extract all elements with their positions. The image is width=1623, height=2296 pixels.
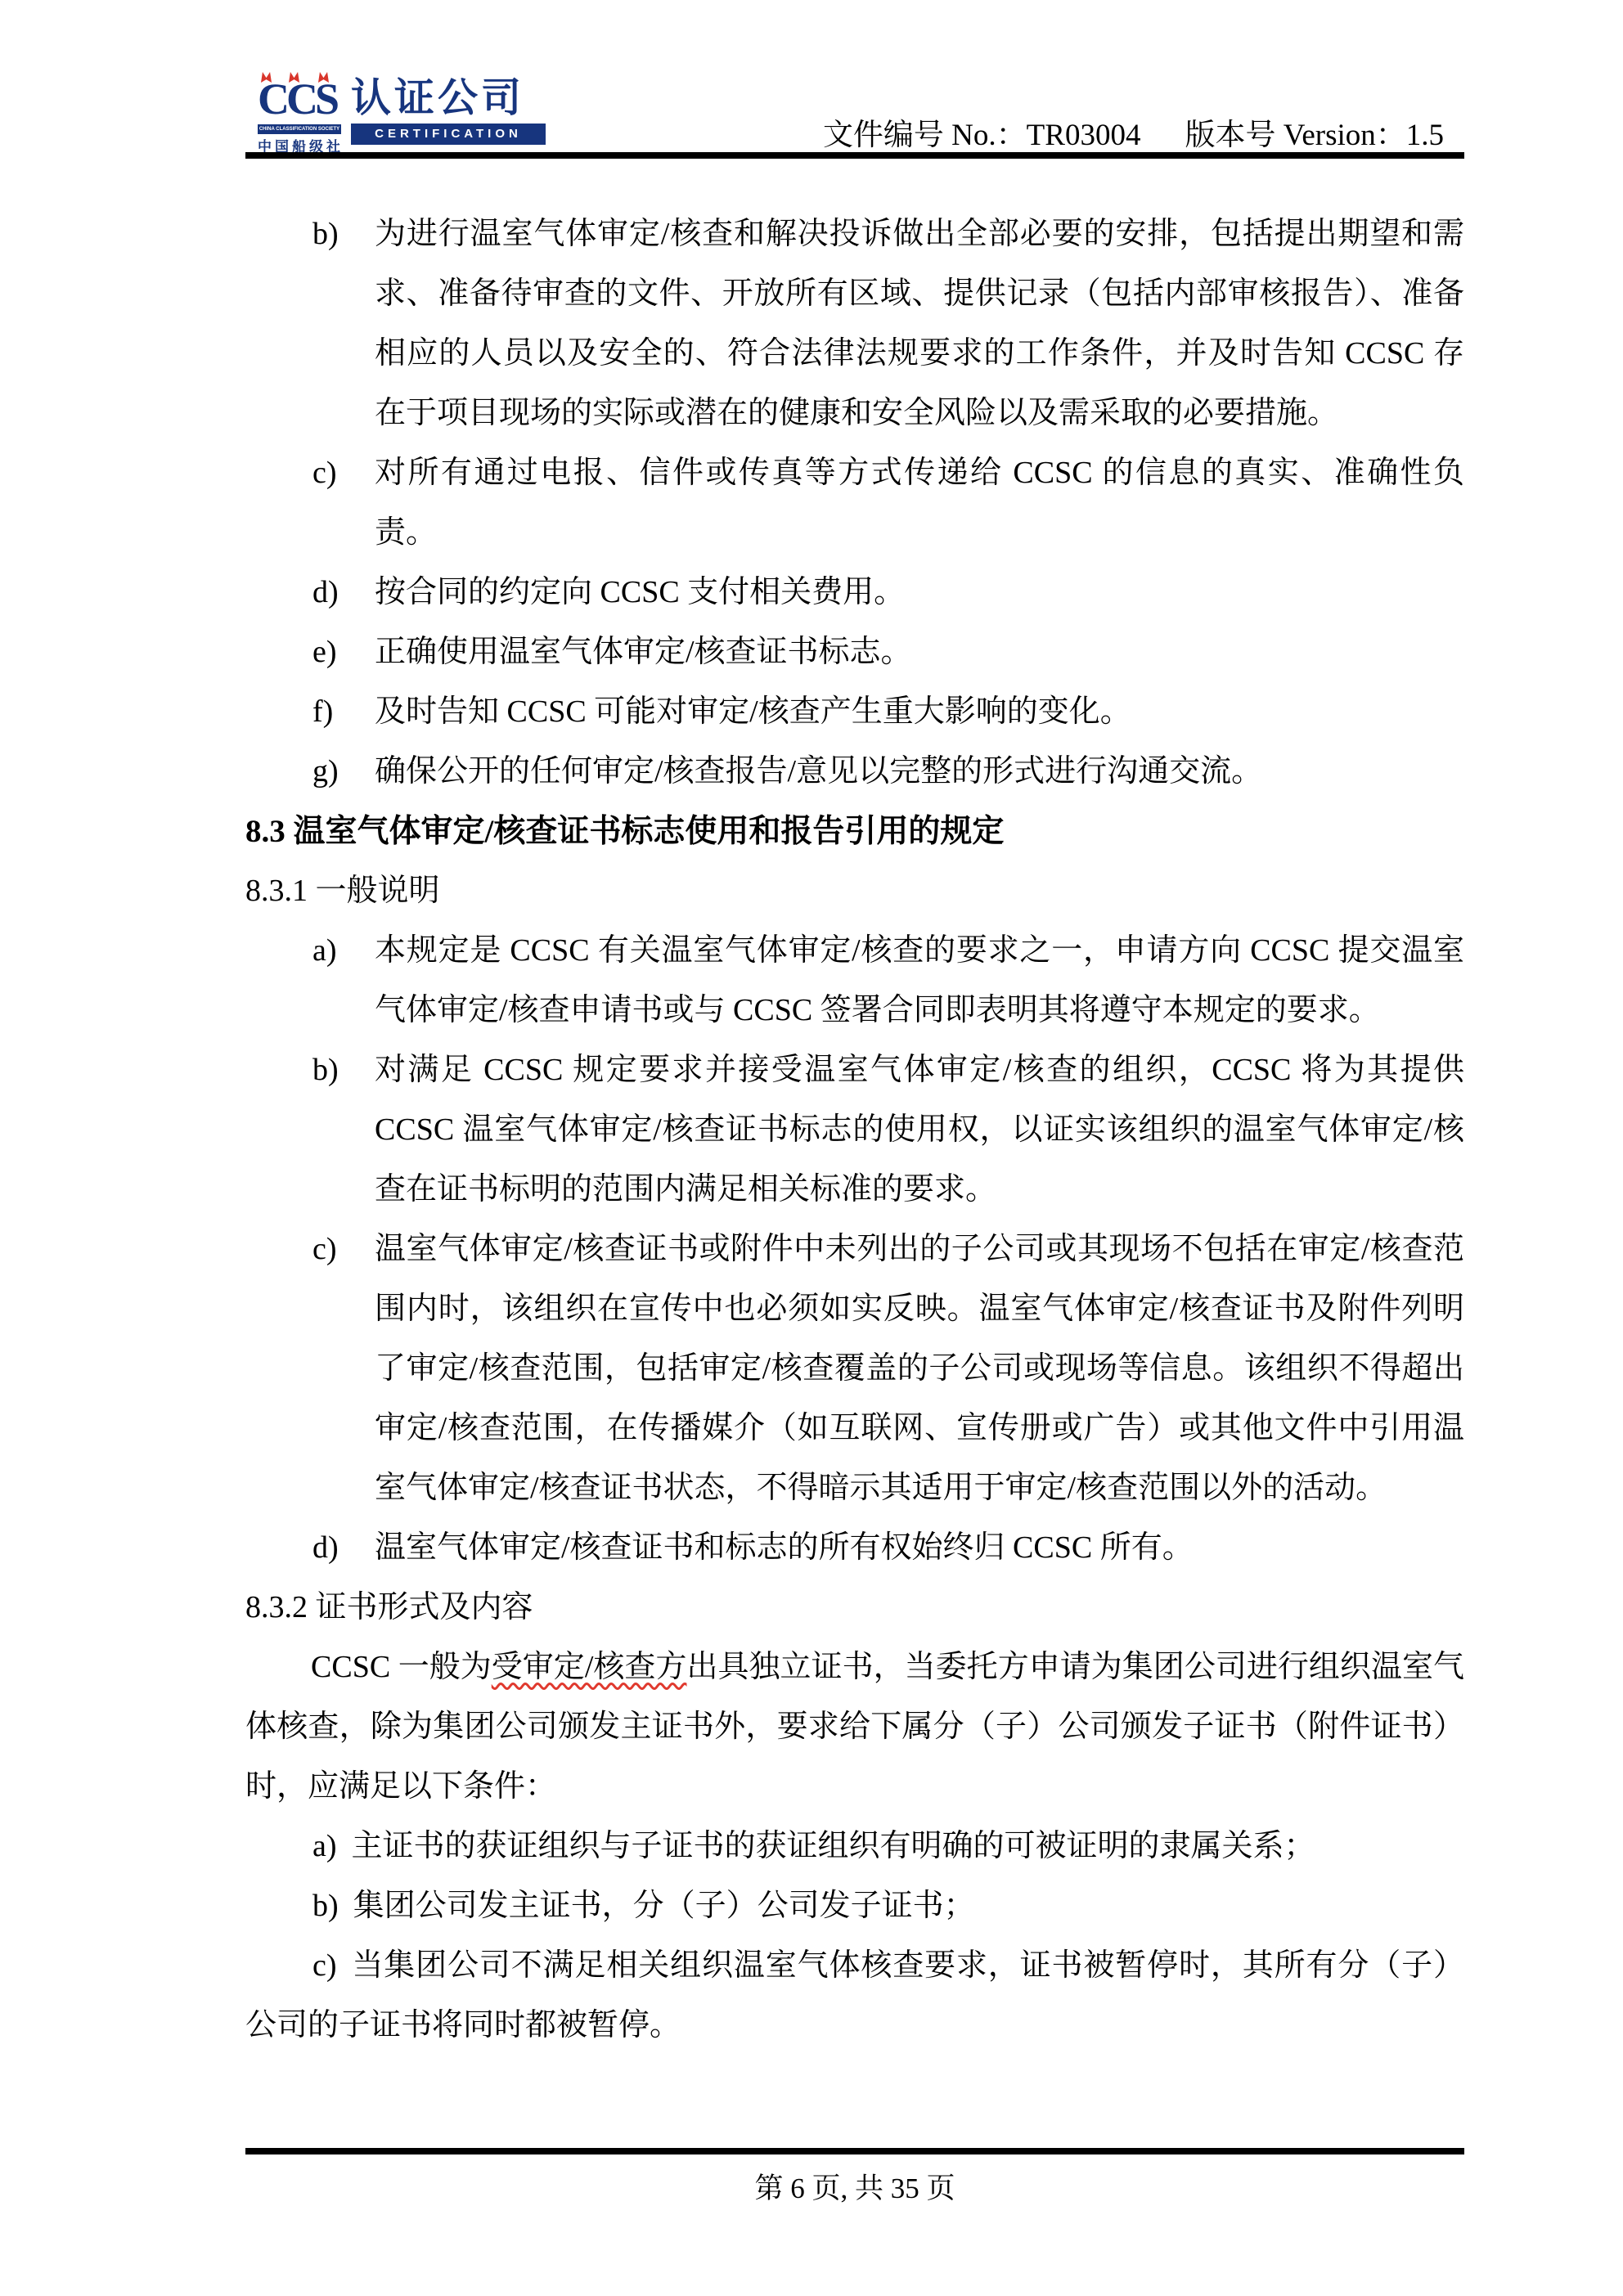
paragraph-text: CCSC 一般为 — [311, 1650, 492, 1684]
list-item-label: a) — [312, 921, 337, 981]
list-item-text: 确保公开的任何审定/核查报告/意见以完整的形式进行沟通交流。 — [375, 754, 1262, 789]
list-item-text: 温室气体审定/核查证书和标志的所有权始终归 CCSC 所有。 — [375, 1530, 1194, 1565]
list-item: c)当集团公司不满足相关组织温室气体核查要求，证书被暂停时，其所有分（子）公司的… — [245, 1936, 1464, 2056]
list-item-text: 本规定是 CCSC 有关温室气体审定/核查的要求之一，申请方向 CCSC 提交温… — [375, 933, 1464, 1027]
section-heading-8-3: 8.3 温室气体审定/核查证书标志使用和报告引用的规定 — [245, 802, 1464, 861]
doc-no-value: TR03004 — [1027, 119, 1141, 152]
list-item-text: 为进行温室气体审定/核查和解决投诉做出全部必要的安排，包括提出期望和需求、准备待… — [375, 217, 1464, 430]
footer-divider — [245, 2148, 1464, 2154]
list-item: e) 正确使用温室气体审定/核查证书标志。 — [245, 622, 1464, 682]
list-item: g) 确保公开的任何审定/核查报告/意见以完整的形式进行沟通交流。 — [245, 742, 1464, 802]
list-item-text: 当集团公司不满足相关组织温室气体核查要求，证书被暂停时，其所有分（子）公司的子证… — [245, 1948, 1464, 2042]
doc-no-label: 文件编号 No.： — [823, 119, 1027, 152]
page-number: 第 6 页, 共 35 页 — [245, 2166, 1464, 2207]
list-item-label: c) — [312, 443, 337, 503]
ccs-logo-text: CCS — [258, 75, 341, 123]
document-page: CCS CHINA CLASSIFICATION SOCIETY 中国船级社 认… — [0, 0, 1623, 2296]
list-item-text: 主证书的获证组织与子证书的获证组织有明确的可被证明的隶属关系； — [352, 1829, 1315, 1863]
list-item-label: c) — [312, 1948, 337, 1983]
list-item: a)主证书的获证组织与子证书的获证组织有明确的可被证明的隶属关系； — [245, 1817, 1464, 1876]
list-item-label: f) — [312, 682, 333, 742]
list-item: d) 按合同的约定向 CCSC 支付相关费用。 — [245, 563, 1464, 622]
list-item: d) 温室气体审定/核查证书和标志的所有权始终归 CCSC 所有。 — [245, 1518, 1464, 1578]
list-item-label: b) — [312, 204, 339, 264]
version-value: 1.5 — [1406, 119, 1444, 152]
list-item-text: 对满足 CCSC 规定要求并接受温室气体审定/核查的组织，CCSC 将为其提供 … — [375, 1053, 1464, 1206]
certification-en-bar: CERTIFICATION — [351, 124, 546, 145]
list-item-text: 集团公司发主证书，分（子）公司发子证书； — [353, 1889, 975, 1923]
list-item-text: 正确使用温室气体审定/核查证书标志。 — [375, 635, 912, 669]
list-item: c) 对所有通过电报、信件或传真等方式传递给 CCSC 的信息的真实、准确性负责… — [245, 443, 1464, 563]
paragraph-8-3-2-intro: CCSC 一般为受审定/核查方出具独立证书，当委托方申请为集团公司进行组织温室气… — [245, 1638, 1464, 1817]
header-divider — [245, 152, 1464, 159]
list-item-label: b) — [312, 1889, 339, 1923]
list-item-text: 温室气体审定/核查证书或附件中未列出的子公司或其现场不包括在审定/核查范围内时，… — [375, 1232, 1464, 1505]
list-item: a) 本规定是 CCSC 有关温室气体审定/核查的要求之一，申请方向 CCSC … — [245, 921, 1464, 1040]
section-heading-8-3-2: 8.3.2 证书形式及内容 — [245, 1578, 1464, 1638]
list-item-label: b) — [312, 1040, 339, 1100]
section-heading-8-3-1: 8.3.1 一般说明 — [245, 861, 1464, 921]
ccs-logo: CCS CHINA CLASSIFICATION SOCIETY 中国船级社 认… — [258, 75, 552, 154]
list-item: c) 温室气体审定/核查证书或附件中未列出的子公司或其现场不包括在审定/核查范围… — [245, 1220, 1464, 1518]
document-meta: 文件编号 No.：TR03004版本号 Version：1.5 — [823, 110, 1444, 154]
list-item-label: g) — [312, 742, 339, 802]
list-item-label: e) — [312, 622, 337, 682]
list-item-text: 对所有通过电报、信件或传真等方式传递给 CCSC 的信息的真实、准确性负责。 — [375, 456, 1464, 550]
spellcheck-underlined-text: 受审定/核查方 — [492, 1650, 687, 1684]
ccs-logo-left: CCS CHINA CLASSIFICATION SOCIETY 中国船级社 — [258, 75, 341, 155]
list-item: b) 为进行温室气体审定/核查和解决投诉做出全部必要的安排，包括提出期望和需求、… — [245, 204, 1464, 443]
list-item-text: 按合同的约定向 CCSC 支付相关费用。 — [375, 575, 905, 609]
version-label: 版本号 Version： — [1185, 119, 1405, 152]
list-item-label: a) — [312, 1829, 337, 1863]
document-body: b) 为进行温室气体审定/核查和解决投诉做出全部必要的安排，包括提出期望和需求、… — [245, 204, 1464, 2056]
list-item-label: d) — [312, 1518, 339, 1578]
list-item-text: 及时告知 CCSC 可能对审定/核查产生重大影响的变化。 — [375, 694, 1131, 729]
list-item: b) 对满足 CCSC 规定要求并接受温室气体审定/核查的组织，CCSC 将为其… — [245, 1040, 1464, 1220]
certification-zh-label: 认证公司 — [351, 75, 547, 121]
society-en-bar: CHINA CLASSIFICATION SOCIETY — [258, 124, 341, 134]
list-item: b)集团公司发主证书，分（子）公司发子证书； — [245, 1876, 1464, 1936]
ccs-logo-right: 认证公司 CERTIFICATION — [351, 75, 547, 145]
list-item-label: c) — [312, 1220, 337, 1279]
list-item: f) 及时告知 CCSC 可能对审定/核查产生重大影响的变化。 — [245, 682, 1464, 742]
list-item-label: d) — [312, 563, 339, 622]
ccs-letters: CCS — [258, 74, 336, 124]
